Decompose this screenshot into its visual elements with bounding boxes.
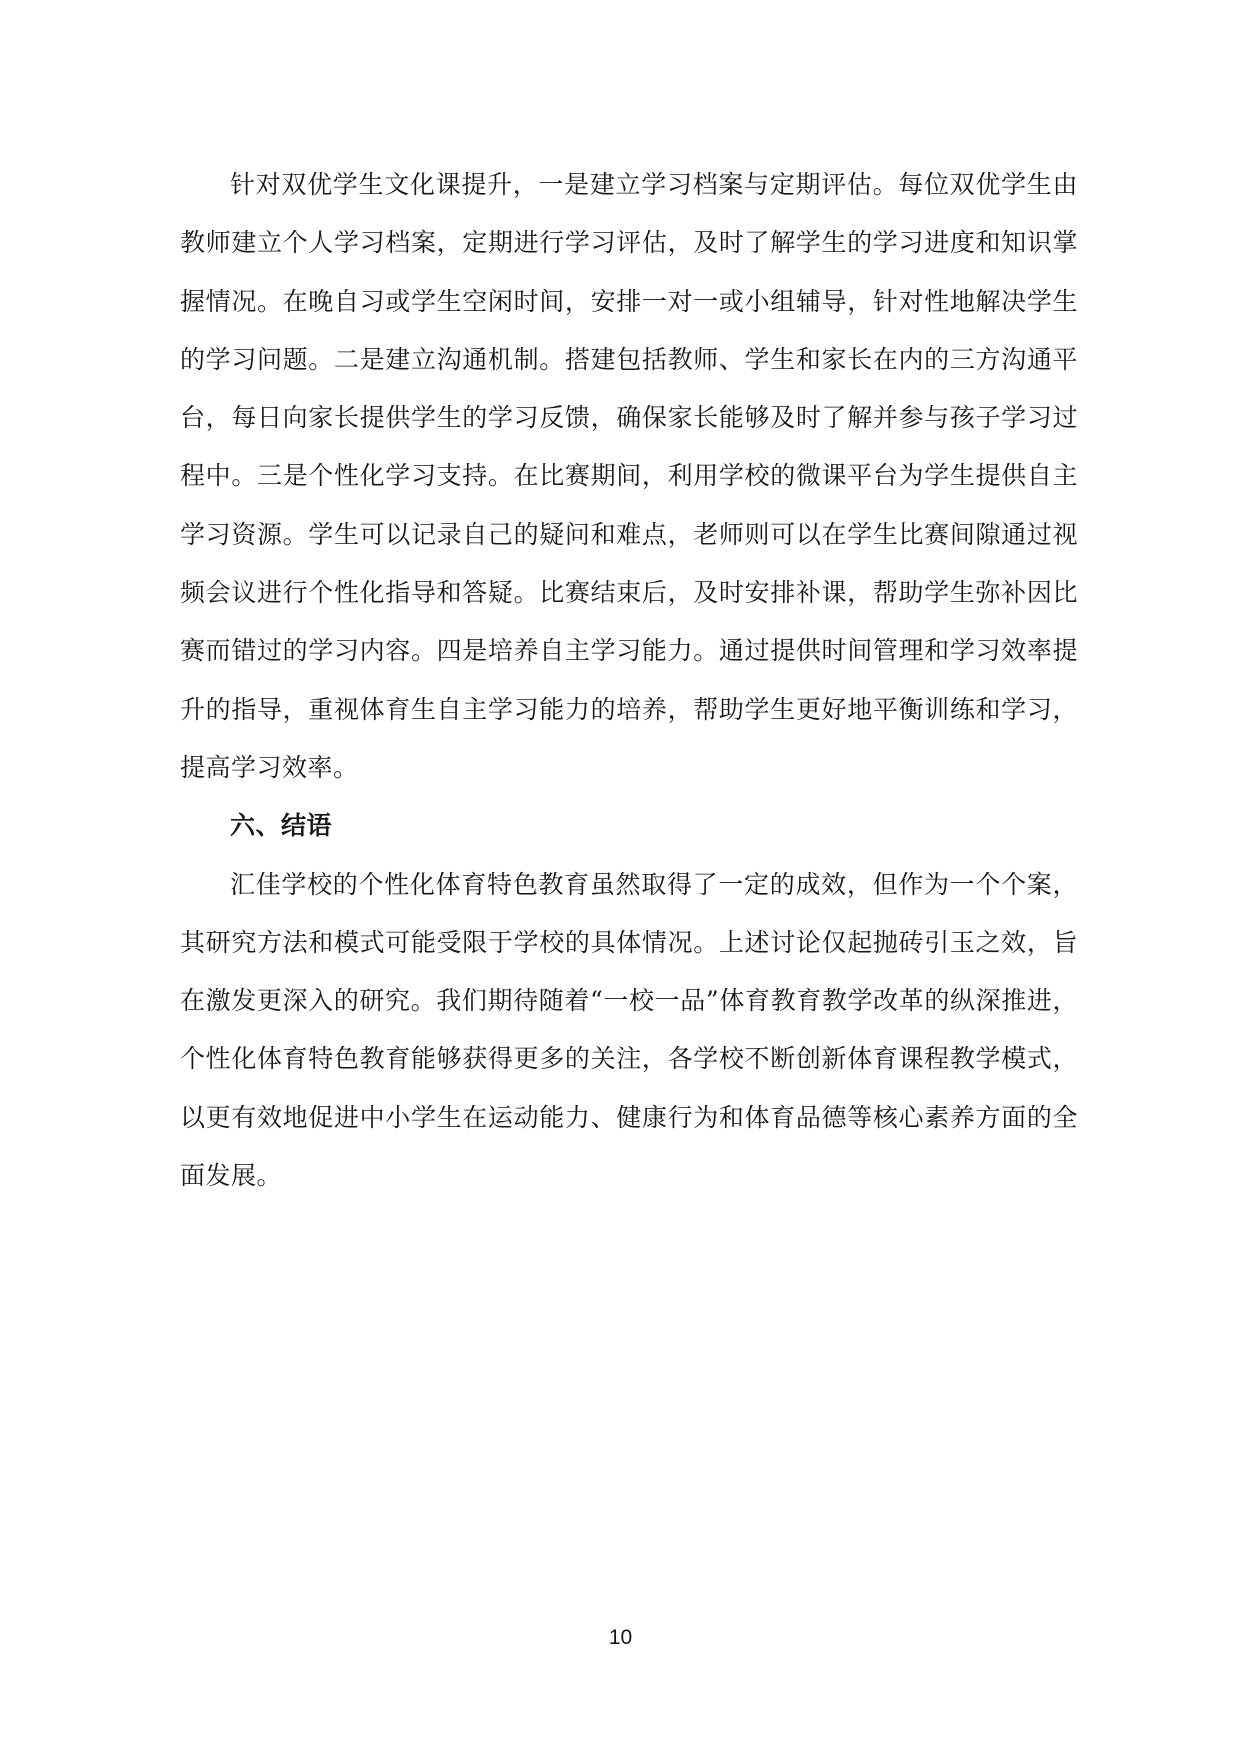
- paragraph-conclusion: 汇佳学校的个性化体育特色教育虽然取得了一定的成效，但作为一个个案，其研究方法和模…: [180, 856, 1078, 1206]
- paragraph-culture-course-support: 针对双优学生文化课提升，一是建立学习档案与定期评估。每位双优学生由教师建立个人学…: [180, 156, 1078, 797]
- document-page: 针对双优学生文化课提升，一是建立学习档案与定期评估。每位双优学生由教师建立个人学…: [0, 0, 1241, 1754]
- page-number: 10: [0, 1624, 1241, 1652]
- section-heading-conclusion: 六、结语: [180, 797, 1078, 855]
- page-content: 针对双优学生文化课提升，一是建立学习档案与定期评估。每位双优学生由教师建立个人学…: [180, 156, 1078, 1205]
